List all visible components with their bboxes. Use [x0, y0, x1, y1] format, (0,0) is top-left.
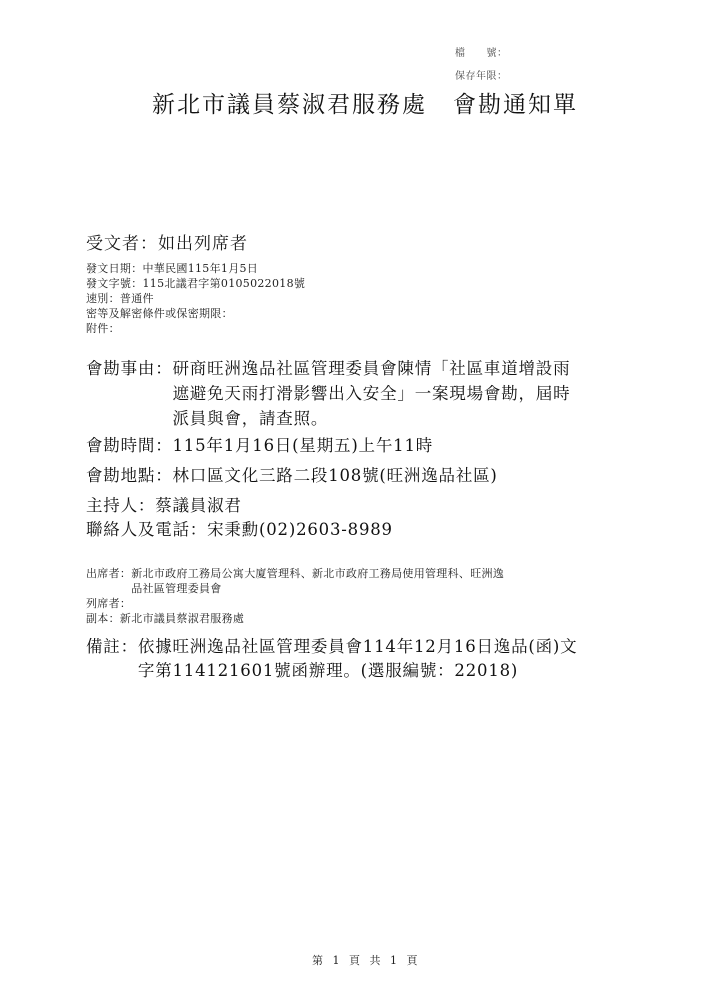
time-label: 會勘時間： — [86, 436, 173, 455]
carbon-copy: 副本：新北市議員蔡淑君服務處 — [86, 611, 504, 626]
place-label: 會勘地點： — [86, 466, 173, 485]
doc-number: 發文字號：115北議君字第0105022018號 — [86, 276, 305, 291]
place-value: 林口區文化三路二段108號(旺洲逸品社區) — [173, 466, 498, 485]
inspection-time: 會勘時間：115年1月16日(星期五)上午11時 — [86, 432, 433, 456]
title-doc: 會勘通知單 — [453, 92, 578, 118]
recipient-value: 如出列席者 — [158, 234, 248, 254]
observers: 列席者： — [86, 596, 504, 611]
host-label: 主持人： — [86, 496, 155, 515]
remarks-label: 備註： — [86, 635, 138, 683]
attendees-label: 出席者： — [86, 566, 131, 596]
contact-label: 聯絡人及電話： — [86, 520, 207, 539]
subject-text: 研商旺洲逸品社區管理委員會陳情「社區車道增設雨 遮避免天雨打滑影響出入安全」一案… — [173, 356, 571, 431]
time-value: 115年1月16日(星期五)上午11時 — [173, 436, 434, 455]
attachments: 附件： — [86, 321, 305, 336]
send-date: 發文日期：中華民國115年1月5日 — [86, 261, 305, 276]
subject-label: 會勘事由： — [86, 356, 173, 431]
inspection-place: 會勘地點：林口區文化三路二段108號(旺洲逸品社區) — [86, 462, 498, 486]
page-number: 第 1 頁 共 1 頁 — [312, 952, 420, 968]
archive-file-number: 檔 號： — [455, 44, 508, 59]
attendees: 出席者： 新北市政府工務局公寓大廈管理科、新北市政府工務局使用管理科、旺洲逸 品… — [86, 566, 504, 596]
subject-section: 會勘事由： 研商旺洲逸品社區管理委員會陳情「社區車道增設雨 遮避免天雨打滑影響出… — [86, 356, 570, 431]
remarks-section: 備註： 依據旺洲逸品社區管理委員會114年12月16日逸品(函)文 字第1141… — [86, 635, 577, 683]
retention-label: 保存年限： — [455, 71, 508, 82]
host: 主持人：蔡議員淑君 — [86, 492, 242, 516]
speed-class: 速別：普通件 — [86, 291, 305, 306]
secrecy-level: 密等及解密條件或保密期限： — [86, 306, 305, 321]
archive-retention: 保存年限： — [455, 67, 508, 82]
document-title: 新北市議員蔡淑君服務處會勘通知單 — [152, 86, 578, 119]
recipient-label: 受文者： — [86, 234, 158, 254]
meta-block: 發文日期：中華民國115年1月5日 發文字號：115北議君字第010502201… — [86, 261, 305, 336]
host-value: 蔡議員淑君 — [155, 496, 242, 515]
contact: 聯絡人及電話：宋秉勳(02)2603-8989 — [86, 516, 393, 540]
title-org: 新北市議員蔡淑君服務處 — [152, 92, 427, 118]
contact-value: 宋秉勳(02)2603-8989 — [207, 520, 393, 539]
recipient-line: 受文者：如出列席者 — [86, 229, 248, 254]
distribution-block: 出席者： 新北市政府工務局公寓大廈管理科、新北市政府工務局使用管理科、旺洲逸 品… — [86, 566, 504, 626]
file-number-label: 檔 號： — [455, 48, 508, 59]
